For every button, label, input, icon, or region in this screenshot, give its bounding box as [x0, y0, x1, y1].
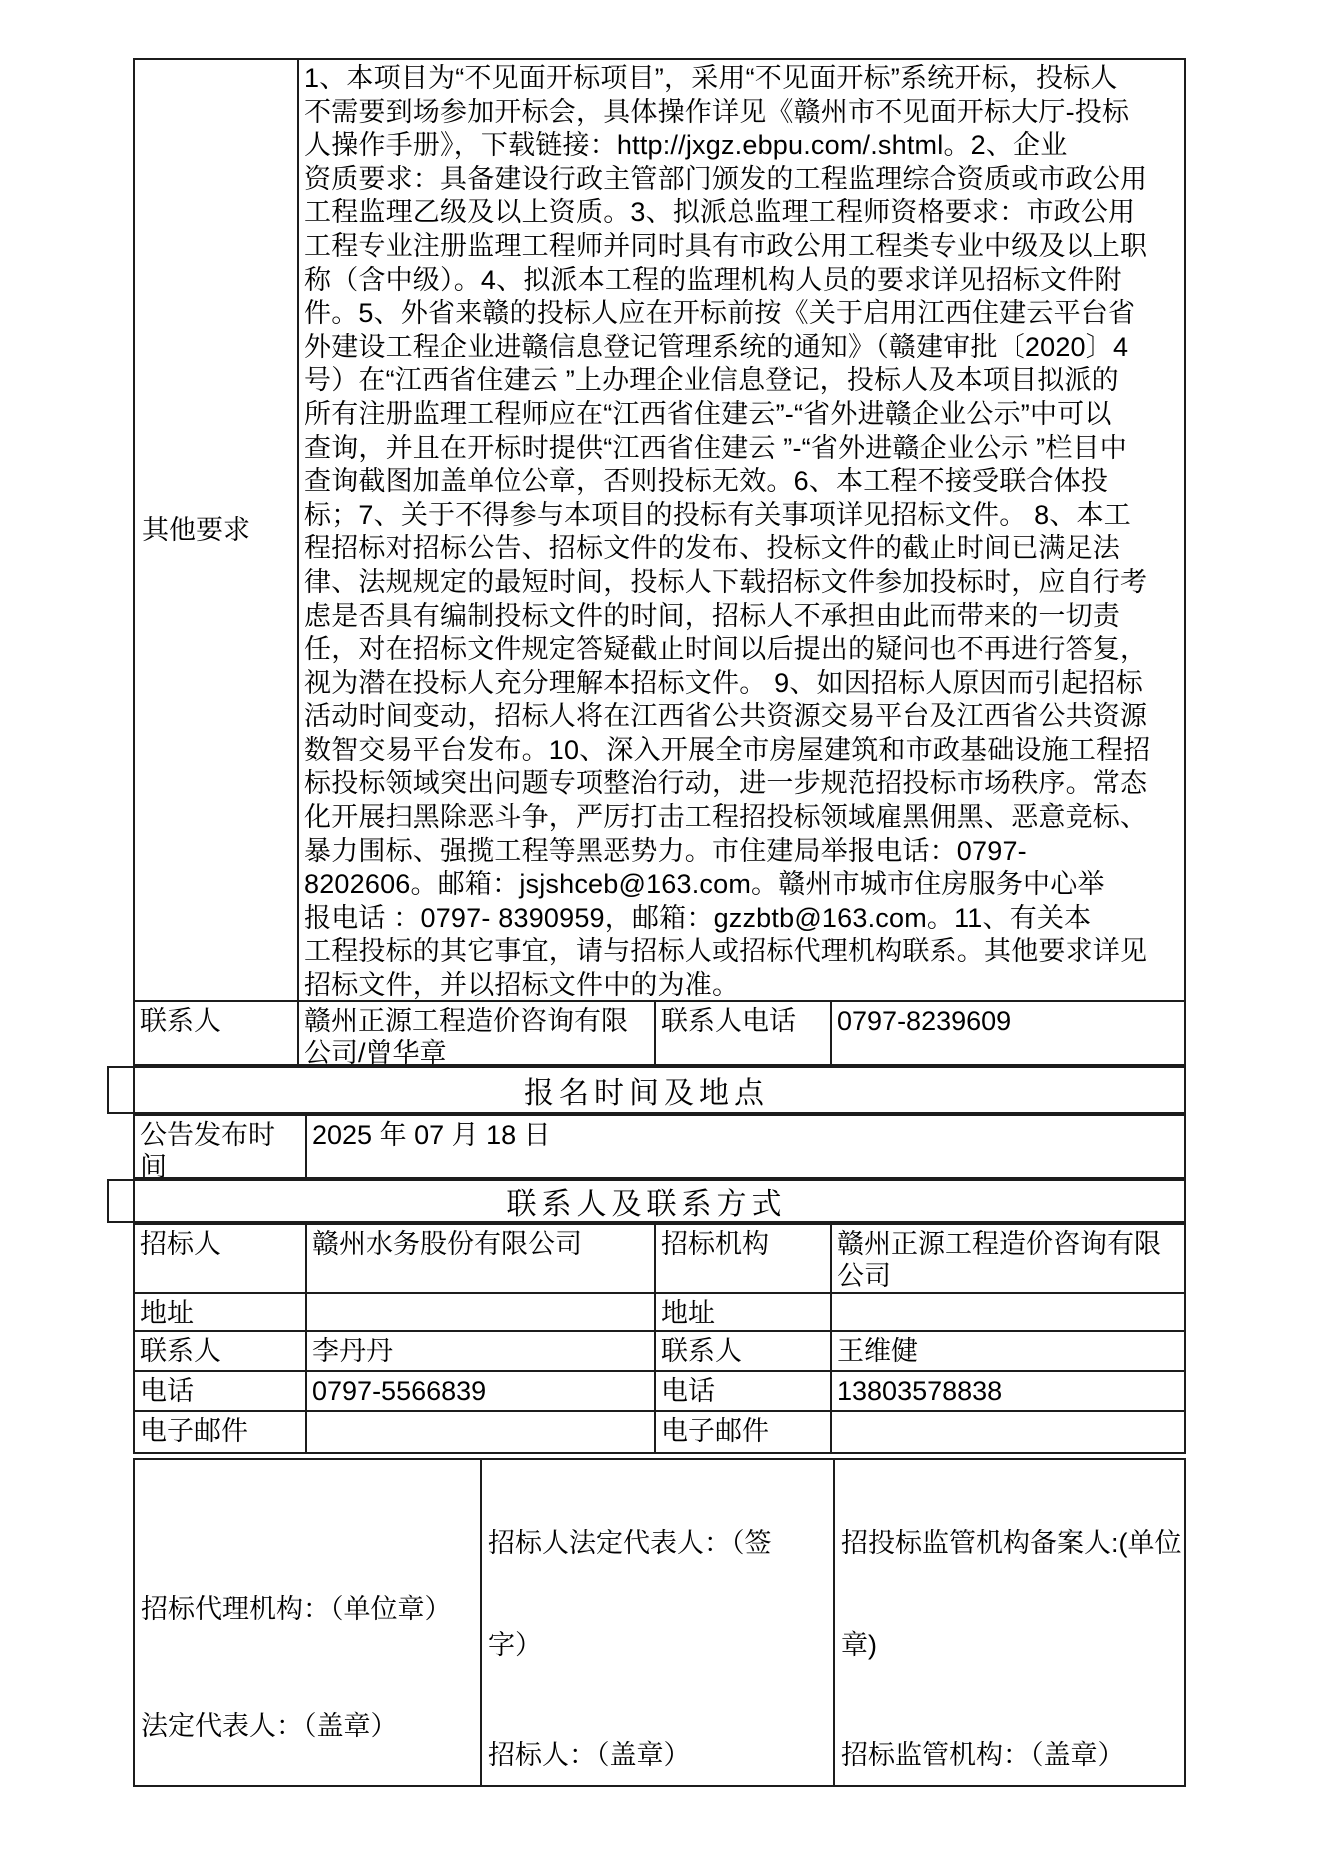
signature-regulator-cell: 招投标监管机构备案人:(单位 章) 招标监管机构：（盖章）: [833, 1460, 1184, 1785]
agency-label: 招标机构: [654, 1225, 830, 1292]
tenderer-email-label: 电子邮件: [135, 1412, 305, 1452]
other-requirements-text: 1、本项目为“不见面开标项目”，采用“不见面开标”系统开标，投标人 不需要到场参…: [297, 60, 1184, 1000]
other-requirements-table: 其他要求 1、本项目为“不见面开标项目”，采用“不见面开标”系统开标，投标人 不…: [133, 58, 1186, 1066]
tenderer-email-value: [305, 1412, 654, 1452]
tenderer-representative-line: 招标人法定代表人：（签: [488, 1526, 827, 1560]
agency-phone-label: 电话: [654, 1372, 830, 1410]
signature-agency-cell: 招标代理机构：（单位章） 法定代表人：（盖章）: [135, 1460, 480, 1785]
agency-phone-value: 13803578838: [830, 1372, 1184, 1410]
agency-contact-phone-value: 0797-8239609: [830, 1002, 1182, 1064]
table-row: 招标人 赣州水务股份有限公司 招标机构 赣州正源工程造价咨询有限 公司: [135, 1225, 1184, 1292]
regulator-seal-line: 招标监管机构：（盖章）: [841, 1738, 1178, 1772]
agency-contact-row: 联系人 赣州正源工程造价咨询有限 公司/曾华章 联系人电话 0797-82396…: [135, 1000, 1184, 1064]
document-page: 其他要求 1、本项目为“不见面开标项目”，采用“不见面开标”系统开标，投标人 不…: [0, 0, 1322, 1871]
tenderer-label: 招标人: [135, 1225, 305, 1292]
tenderer-phone-value: 0797-5566839: [305, 1372, 654, 1410]
signature-tenderer-cell: 招标人法定代表人：（签 字） 招标人：（盖章）: [480, 1460, 833, 1785]
section-title-signup-text: 报名时间及地点: [524, 1068, 769, 1112]
section-title-contacts-text: 联系人及联系方式: [507, 1179, 787, 1223]
tenderer-address-value: [305, 1294, 654, 1330]
tenderer-phone-label: 电话: [135, 1372, 305, 1410]
regulator-filing-line: 招投标监管机构备案人:(单位: [841, 1526, 1178, 1560]
tenderer-seal-line: 招标人：（盖章）: [488, 1738, 827, 1772]
publish-date-value: 2025 年 07 月 18 日: [305, 1116, 1184, 1177]
other-requirements-label: 其他要求: [135, 60, 297, 1000]
tenderer-value: 赣州水务股份有限公司: [305, 1225, 654, 1292]
other-requirements-row: 其他要求 1、本项目为“不见面开标项目”，采用“不见面开标”系统开标，投标人 不…: [135, 60, 1184, 1000]
publish-date-table: 公告发布时间 2025 年 07 月 18 日: [133, 1114, 1186, 1179]
section-title-signup: 报名时间及地点: [107, 1066, 1186, 1114]
table-row: 地址 地址: [135, 1292, 1184, 1330]
table-row: 联系人 李丹丹 联系人 王维健: [135, 1330, 1184, 1370]
agency-address-value: [830, 1294, 1184, 1330]
table-row: 电子邮件 电子邮件: [135, 1410, 1184, 1452]
publish-date-row: 公告发布时间 2025 年 07 月 18 日: [135, 1116, 1184, 1177]
agency-seal-line: 招标代理机构：（单位章）: [141, 1592, 474, 1626]
tenderer-person-value: 李丹丹: [305, 1332, 654, 1370]
publish-date-label: 公告发布时间: [135, 1116, 305, 1177]
signature-table: 招标代理机构：（单位章） 法定代表人：（盖章） 招标人法定代表人：（签 字） 招…: [133, 1458, 1186, 1787]
agency-person-label: 联系人: [654, 1332, 830, 1370]
section-title-contacts: 联系人及联系方式: [107, 1179, 1186, 1223]
regulator-filing-line-cont: 章): [841, 1628, 1178, 1662]
agency-value: 赣州正源工程造价咨询有限 公司: [830, 1225, 1184, 1292]
agency-email-label: 电子邮件: [654, 1412, 830, 1452]
agency-representative-line: 法定代表人：（盖章）: [141, 1709, 474, 1743]
agency-contact-phone-label: 联系人电话: [654, 1002, 830, 1064]
tenderer-representative-line-cont: 字）: [488, 1628, 827, 1662]
agency-contact-label: 联系人: [135, 1002, 297, 1064]
contacts-table: 招标人 赣州水务股份有限公司 招标机构 赣州正源工程造价咨询有限 公司 地址 地…: [133, 1223, 1186, 1454]
tenderer-address-label: 地址: [135, 1294, 305, 1330]
agency-email-value: [830, 1412, 1184, 1452]
agency-address-label: 地址: [654, 1294, 830, 1330]
agency-contact-name: 赣州正源工程造价咨询有限 公司/曾华章: [297, 1002, 654, 1064]
agency-person-value: 王维健: [830, 1332, 1184, 1370]
tenderer-person-label: 联系人: [135, 1332, 305, 1370]
table-row: 电话 0797-5566839 电话 13803578838: [135, 1370, 1184, 1410]
